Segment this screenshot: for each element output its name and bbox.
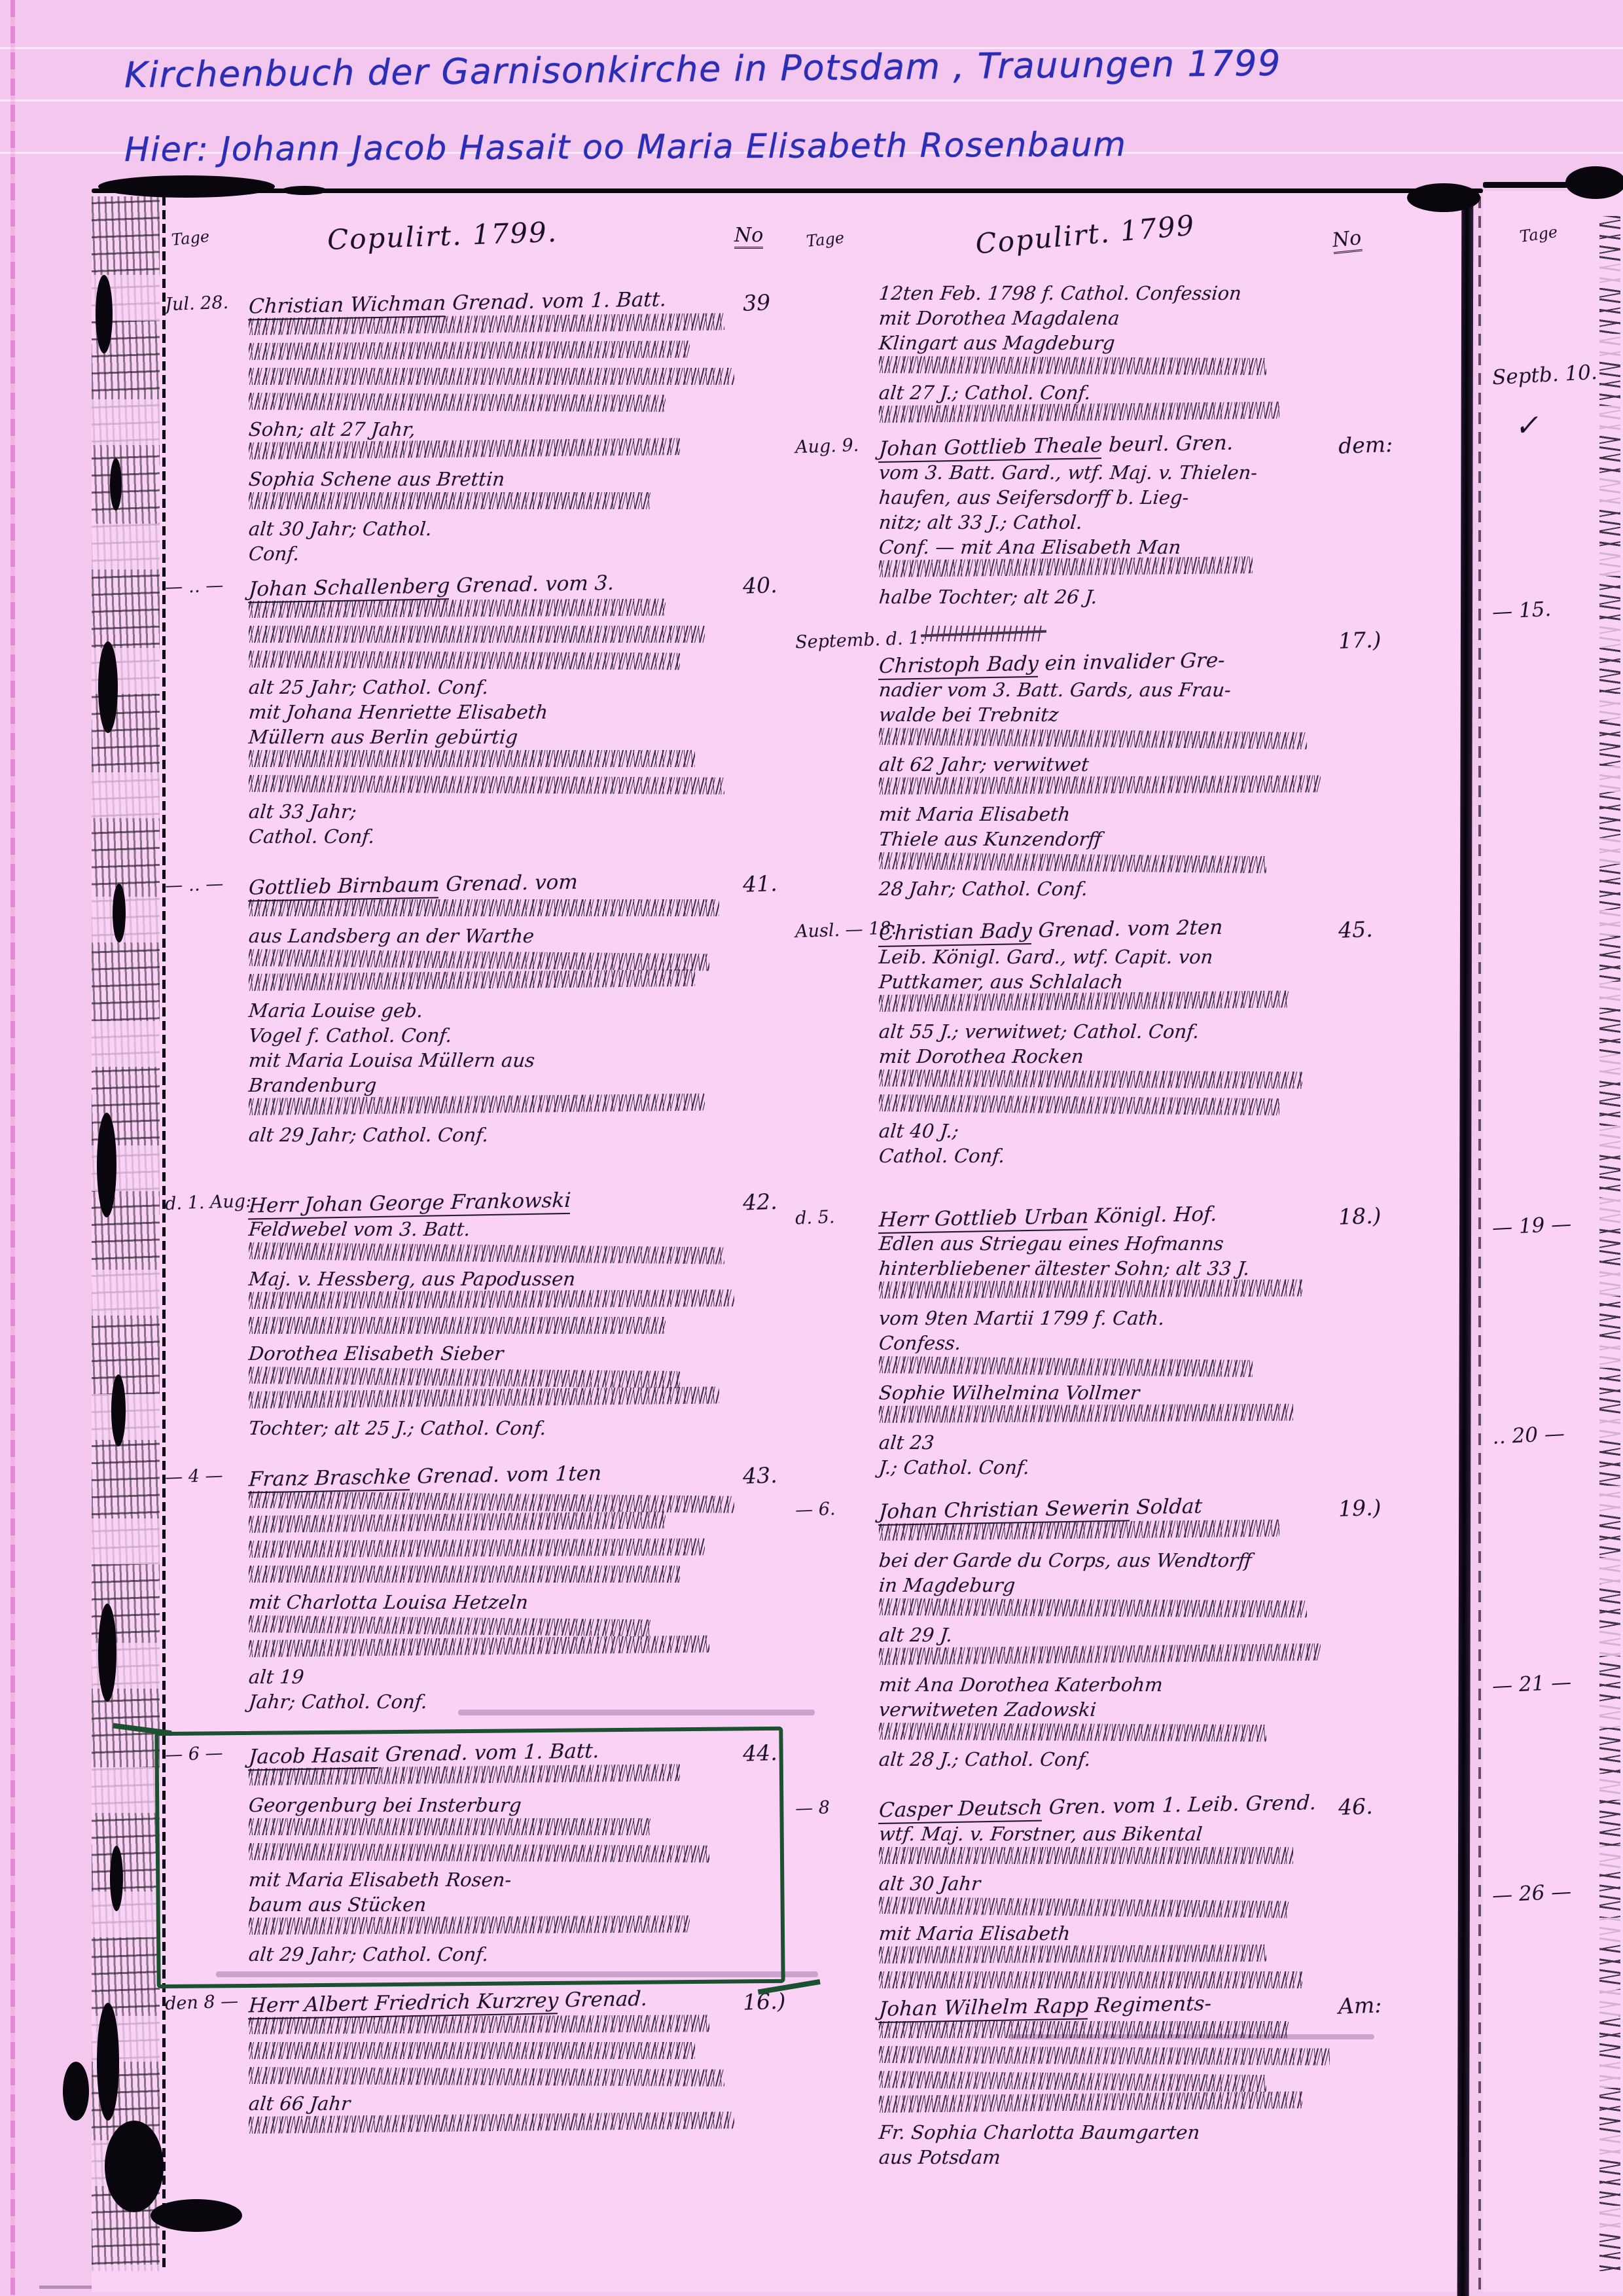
entry-text-block: Christian Wichman Grenad. vom 1. Batt.So…	[249, 288, 743, 567]
person-name: Gottlieb Birnbaum	[248, 872, 440, 901]
handwritten-line	[879, 1520, 1280, 1541]
register-entry: d. 1. Aug:Herr Johan George Frankowski F…	[165, 1187, 808, 1441]
entry-first-line-rest: Grenad. vom	[439, 870, 579, 897]
register-entry: Septemb. d. 1.Christoph Bady ein invalid…	[795, 626, 1404, 902]
entry-first-line: Herr Gottlieb Urban Königl. Hof.	[878, 1198, 1335, 1236]
handwritten-line	[249, 651, 680, 670]
entry-date: — 8	[794, 1791, 879, 1819]
entry-text-block: Herr Johan George Frankowski Feldwebel v…	[249, 1187, 743, 1441]
register-entry: Ausl. — 18.Christian Bady Grenad. vom 2t…	[795, 915, 1404, 1169]
handwritten-line: vom 9ten Martii 1799 f. Cath.	[878, 1306, 1335, 1331]
handwritten-line: mit Maria Elisabeth	[878, 802, 1335, 827]
person-name: Johan Schallenberg	[248, 574, 450, 603]
handwritten-line	[879, 556, 1253, 577]
photocopy-blob	[111, 1374, 126, 1446]
margin-day-entry: — 15.	[1491, 598, 1552, 624]
handwritten-line: Leib. Königl. Gard., wtf. Capit. von	[878, 945, 1335, 970]
handwritten-line	[249, 626, 705, 643]
handwritten-line	[249, 1317, 666, 1334]
entry-date	[795, 1990, 879, 1998]
entry-first-line-rest: Regiments-	[1088, 1992, 1212, 2017]
handwritten-line	[249, 1289, 734, 1309]
handwritten-line: haufen, aus Seifersdorff b. Lieg-	[878, 486, 1335, 511]
handwritten-line	[249, 340, 690, 360]
person-name: Johan Gottlieb Theale	[878, 433, 1103, 463]
entry-date: Septemb. d. 1.	[794, 624, 879, 653]
entry-date: Aug. 9.	[794, 429, 879, 457]
handwritten-line: alt 30 Jahr	[878, 1872, 1335, 1897]
person-name: Franz Braschke	[248, 1465, 411, 1493]
handwritten-line	[249, 1491, 734, 1513]
entry-first-line: Gottlieb Birnbaum Grenad. vom	[248, 865, 740, 903]
handwritten-line	[879, 1094, 1280, 1115]
photocopy-blob	[97, 2003, 119, 2121]
handwritten-line: bei der Garde du Corps, aus Wendtorff	[878, 1549, 1335, 1573]
handwritten-line	[879, 2021, 1289, 2038]
handwritten-line: alt 19	[247, 1665, 740, 1690]
entry-first-line: Johan Gottlieb Theale beurl. Gren.	[878, 427, 1335, 465]
handwritten-line	[249, 492, 651, 509]
margin-day-entry: — 26 —	[1491, 1880, 1572, 1907]
entry-number	[1338, 280, 1404, 283]
column-a-no-header: No	[734, 224, 763, 249]
handwritten-line: Fr. Sophia Charlotta Baumgarten	[878, 2121, 1335, 2145]
handwritten-line: mit Maria Elisabeth	[878, 1922, 1335, 1946]
photocopy-blob	[63, 2062, 89, 2121]
register-entry: Jul. 28.Christian Wichman Grenad. vom 1.…	[165, 288, 808, 567]
handwritten-line	[879, 1971, 1302, 1988]
handwritten-line	[249, 2015, 709, 2034]
entry-first-line: Johan Wilhelm Rapp Regiments-	[878, 1987, 1335, 2025]
handwritten-line: Feldwebel vom 3. Batt.	[247, 1217, 740, 1242]
entry-text-block: Christoph Bady ein invalider Gre-nadier …	[879, 626, 1338, 902]
person-name: Herr Gottlieb Urban	[878, 1204, 1089, 1234]
handwritten-line	[879, 1945, 1266, 1964]
register-entry: d. 5.Herr Gottlieb Urban Königl. Hof.Edl…	[795, 1202, 1404, 1480]
handwritten-line	[879, 728, 1307, 749]
entry-first-line: Christoph Bady ein invalider Gre-	[878, 644, 1335, 682]
handwritten-line	[879, 1847, 1293, 1864]
entry-text-block: Johan Wilhelm Rapp Regiments-Fr. Sophia …	[879, 1991, 1338, 2170]
handwritten-line	[249, 899, 719, 916]
entry-date: d. 1. Aug:	[164, 1186, 249, 1214]
handwritten-line	[249, 1511, 666, 1533]
entry-text-block: Gottlieb Birnbaum Grenad. vomaus Landsbe…	[249, 869, 743, 1148]
handwritten-line: verwitweten Zadowski	[878, 1698, 1335, 1723]
handwritten-line: Sophia Schene aus Brettin	[247, 467, 740, 492]
handwritten-line: Tochter; alt 25 J.; Cathol. Conf.	[247, 1416, 740, 1441]
handwritten-line	[879, 1069, 1302, 1088]
handwritten-line	[249, 750, 695, 767]
handwritten-line: Edlen aus Striegau eines Hofmanns	[878, 1232, 1335, 1257]
entry-date: — ‥ —	[164, 868, 249, 896]
handwritten-line: alt 23	[878, 1431, 1335, 1456]
register-entry: — ‥ —Gottlieb Birnbaum Grenad. vomaus La…	[165, 869, 808, 1148]
handwritten-line: Confess.	[878, 1331, 1335, 1356]
photocopy-blob	[98, 641, 118, 733]
handwritten-line	[879, 775, 1321, 795]
photocopy-blob	[281, 186, 327, 195]
entry-first-line-rest: Grenad. vom 1. Batt.	[446, 287, 668, 315]
handwritten-line	[249, 969, 695, 991]
handwritten-line	[879, 2071, 1266, 2092]
handwritten-line	[879, 356, 1266, 375]
photocopy-blob	[97, 1113, 116, 1217]
entry-number: 19.)	[1338, 1492, 1404, 1521]
entry-number: 46.	[1338, 1791, 1404, 1820]
handwritten-line	[249, 1367, 680, 1388]
handwritten-line	[249, 1615, 651, 1636]
handwritten-line	[879, 990, 1289, 1012]
handwritten-line: Klingart aus Magdeburg	[878, 331, 1335, 356]
handwritten-line: alt 62 Jahr; verwitwet	[878, 753, 1335, 778]
entry-first-line: Herr Johan George Frankowski	[248, 1183, 740, 1221]
entry-date: — ‥ —	[164, 569, 249, 598]
highlight-box	[154, 1727, 785, 1988]
register-entry: Johan Wilhelm Rapp Regiments-Fr. Sophia …	[795, 1991, 1404, 2170]
handwritten-line: Jahr; Cathol. Conf.	[247, 1690, 740, 1715]
handwritten-line: aus Landsberg an der Warthe	[247, 924, 740, 949]
book-spine-shadow	[92, 196, 160, 2271]
photocopy-blob	[110, 458, 122, 511]
entry-text-block: Casper Deutsch Gren. vom 1. Leib. Grend.…	[879, 1792, 1338, 1996]
photocopy-blob	[96, 275, 113, 353]
entry-text-block: Johan Christian Sewerin Soldatbei der Ga…	[879, 1494, 1338, 1772]
entry-text-block: Franz Braschke Grenad. vom 1tenmit Charl…	[249, 1461, 743, 1715]
entry-text-block: Johan Schallenberg Grenad. vom 3.alt 25 …	[249, 571, 743, 850]
handwritten-line	[249, 2067, 724, 2087]
handwritten-line: vom 3. Batt. Gard., wtf. Maj. v. Thielen…	[878, 461, 1335, 486]
handwritten-line: Conf.	[247, 542, 740, 567]
handwritten-line: nadier vom 3. Batt. Gards, aus Frau-	[878, 678, 1335, 703]
entry-first-line-rest: Grenad. vom 2ten	[1031, 916, 1224, 942]
handwritten-line: walde bei Trebnitz	[878, 703, 1335, 728]
photocopy-blob	[98, 175, 275, 198]
handwritten-line	[249, 368, 734, 385]
entry-number: dem:	[1338, 429, 1404, 458]
entry-number: 17.)	[1338, 624, 1404, 653]
handwritten-line: nitz; alt 33 J.; Cathol.	[878, 511, 1335, 535]
entry-first-line-rest: Grenad.	[558, 1987, 648, 2012]
handwritten-line	[249, 1386, 719, 1408]
handwritten-line	[879, 2046, 1330, 2066]
entry-date: Jul. 28.	[164, 287, 249, 315]
register-entry: den 8 —Herr Albert Friedrich Kurzrey Gre…	[165, 1987, 808, 2142]
handwritten-line	[879, 1404, 1293, 1423]
handwritten-line: alt 40 J.;	[878, 1119, 1335, 1144]
handwritten-line: aus Potsdam	[878, 2145, 1335, 2170]
handwritten-line: Maria Louise geb.	[247, 999, 740, 1024]
entry-date: d. 5.	[794, 1200, 879, 1229]
handwritten-line: Cathol. Conf.	[247, 825, 740, 850]
annotation-subject: Hier: Johann Jacob Hasait oo Maria Elisa…	[124, 126, 1127, 170]
photocopy-blob	[113, 884, 126, 942]
photocopy-blob	[105, 2121, 164, 2212]
margin-day-entry: ‥ 20 —	[1491, 1422, 1565, 1449]
handwritten-line: Cathol. Conf.	[878, 1144, 1335, 1169]
handwritten-line: mit Dorothea Magdalena	[878, 306, 1335, 331]
handwritten-line: Maj. v. Hessberg, aus Papodussen	[247, 1267, 740, 1292]
checkmark: ✓	[1514, 408, 1539, 443]
handwritten-line	[249, 1566, 680, 1583]
handwritten-line	[249, 393, 666, 412]
handwritten-line: mit Ana Dorothea Katerbohm	[878, 1673, 1335, 1698]
entry-text-block: 12ten Feb. 1798 f. Cathol. Confessionmit…	[879, 281, 1338, 431]
scanned-church-register: { "annotation": { "line1": "Kirchenbuch …	[0, 0, 1623, 2296]
entry-date: Ausl. — 18.	[794, 914, 879, 942]
register-entry: — 8Casper Deutsch Gren. vom 1. Leib. Gre…	[795, 1792, 1404, 1996]
handwritten-line: alt 55 J.; verwitwet; Cathol. Conf.	[878, 1020, 1335, 1045]
entry-first-line: Casper Deutsch Gren. vom 1. Leib. Grend.	[878, 1788, 1335, 1826]
entry-first-line-rest: Gren. vom 1. Leib. Grend.	[1042, 1791, 1317, 1819]
entry-text-block: Herr Albert Friedrich Kurzrey Grenad.alt…	[249, 1987, 743, 2142]
entry-first-line-rest: Soldat	[1130, 1494, 1203, 1519]
margin-day-column: Septb. 10.✓— 15.— 19 —‥ 20 —— 21 —— 26 —	[1484, 191, 1623, 2291]
handwritten-line	[879, 1723, 1266, 1742]
handwritten-line: alt 33 Jahr;	[247, 800, 740, 825]
entry-number: 45.	[1338, 914, 1404, 942]
handwritten-line: 28 Jahr; Cathol. Conf.	[878, 877, 1335, 902]
handwritten-line	[879, 1897, 1289, 1918]
photocopy-blob	[110, 1846, 123, 1911]
handwritten-line: hinterbliebener ältester Sohn; alt 33 J.	[878, 1257, 1335, 1282]
person-name: Johan Wilhelm Rapp	[878, 1994, 1089, 2023]
scan-left-edge	[10, 0, 15, 2296]
entry-text-block: Christian Bady Grenad. vom 2tenLeib. Kön…	[879, 915, 1338, 1169]
person-name: Herr Albert Friedrich Kurzrey	[248, 1988, 559, 2019]
entry-date: den 8 —	[164, 1986, 249, 2014]
register-column-right: 12ten Feb. 1798 f. Cathol. Confessionmit…	[795, 281, 1404, 2170]
handwritten-line	[249, 949, 709, 971]
entry-first-line-rest: beurl. Gren.	[1101, 431, 1234, 457]
handwritten-line: alt 30 Jahr; Cathol.	[247, 517, 740, 542]
entry-first-line-rest: Grenad. vom 3.	[450, 571, 615, 598]
register-entry: — ‥ —Johan Schallenberg Grenad. vom 3.al…	[165, 571, 808, 850]
entry-first-line-rest: Grenad. vom 1ten	[410, 1462, 603, 1488]
handwritten-line: halbe Tochter; alt 26 J.	[878, 585, 1335, 610]
handwritten-line	[249, 1242, 724, 1265]
entry-first-line-rest: Königl. Hof.	[1088, 1202, 1217, 1228]
handwritten-line: alt 25 Jahr; Cathol. Conf.	[247, 675, 740, 700]
handwritten-line: Müllern aus Berlin gebürtig	[247, 725, 740, 750]
handwritten-line: alt 29 Jahr; Cathol. Conf.	[247, 1123, 740, 1148]
photocopy-blob	[1407, 183, 1480, 212]
crossed-out-word	[925, 626, 1043, 641]
handwritten-line: in Magdeburg	[878, 1573, 1335, 1598]
handwritten-line: mit Johana Henriette Elisabeth	[247, 700, 740, 725]
entry-date: — 6.	[794, 1492, 879, 1520]
handwritten-line: mit Maria Louisa Müllern aus	[247, 1049, 740, 1073]
margin-day-entry: Septb. 10.	[1491, 361, 1597, 389]
photocopy-blob	[98, 1604, 116, 1702]
handwritten-line: Dorothea Elisabeth Sieber	[247, 1342, 740, 1367]
register-entry: — 4 —Franz Braschke Grenad. vom 1tenmit …	[165, 1461, 808, 1715]
annotation-title: Kirchenbuch der Garnisonkirche in Potsda…	[124, 43, 1281, 96]
handwritten-line	[249, 599, 666, 618]
entry-date	[795, 280, 879, 288]
entry-first-line-rest: ein invalider Gre-	[1038, 649, 1226, 675]
handwritten-line: 12ten Feb. 1798 f. Cathol. Confession	[878, 281, 1335, 306]
handwritten-line	[249, 1636, 709, 1657]
handwritten-line: Sophie Wilhelmina Vollmer	[878, 1381, 1335, 1406]
margin-day-entry: — 19 —	[1491, 1212, 1572, 1240]
entry-first-line: Franz Braschke Grenad. vom 1ten	[248, 1456, 740, 1495]
handwritten-line	[879, 402, 1280, 423]
entry-text-block: Johan Gottlieb Theale beurl. Gren.vom 3.…	[879, 431, 1338, 610]
handwritten-line	[249, 1538, 705, 1558]
margin-day-entry: — 21 —	[1491, 1670, 1572, 1698]
handwritten-line	[879, 1280, 1302, 1299]
handwritten-line: mit Dorothea Rocken	[878, 1045, 1335, 1069]
photocopy-blob	[151, 2199, 242, 2232]
handwritten-line: mit Charlotta Louisa Hetzeln	[247, 1590, 740, 1615]
handwritten-line: Conf. — mit Ana Elisabeth Man	[878, 535, 1335, 560]
handwritten-line	[249, 438, 680, 459]
register-entry: — 6.Johan Christian Sewerin Soldatbei de…	[795, 1494, 1404, 1772]
handwritten-line	[249, 775, 724, 795]
person-name: Christian Bady	[878, 919, 1033, 947]
handwritten-line	[879, 1598, 1307, 1617]
entry-text-block: Herr Gottlieb Urban Königl. Hof.Edlen au…	[879, 1202, 1338, 1480]
handwritten-line: Thiele aus Kunzendorff	[878, 827, 1335, 852]
entry-date: — 4 —	[164, 1460, 249, 1488]
handwritten-line	[879, 852, 1266, 873]
register-entry: 12ten Feb. 1798 f. Cathol. Confessionmit…	[795, 281, 1404, 431]
page-gutter-line-2	[1478, 196, 1481, 2291]
handwritten-line	[879, 2091, 1303, 2113]
ruled-line	[0, 99, 1623, 101]
person-name: Herr Johan George Frankowski	[248, 1189, 571, 1220]
person-name: Christoph Bady	[878, 652, 1039, 680]
register-entry: Aug. 9.Johan Gottlieb Theale beurl. Gren…	[795, 431, 1404, 610]
handwritten-line	[249, 2042, 695, 2059]
handwritten-line: J.; Cathol. Conf.	[878, 1456, 1335, 1480]
entry-number: Am:	[1338, 1990, 1404, 2018]
column-b-no-header: No	[1331, 226, 1363, 254]
handwritten-line: alt 28 J.; Cathol. Conf.	[878, 1748, 1335, 1772]
entry-number: 18.)	[1338, 1200, 1404, 1229]
handwritten-line: Vogel f. Cathol. Conf.	[247, 1024, 740, 1049]
handwritten-line: wtf. Maj. v. Forstner, aus Bikental	[878, 1822, 1335, 1847]
entry-first-line: Christian Bady Grenad. vom 2ten	[878, 911, 1335, 949]
handwritten-line	[879, 1356, 1253, 1377]
entry-first-line-rest	[570, 1189, 578, 1212]
person-name: Casper Deutsch	[878, 1796, 1043, 1824]
